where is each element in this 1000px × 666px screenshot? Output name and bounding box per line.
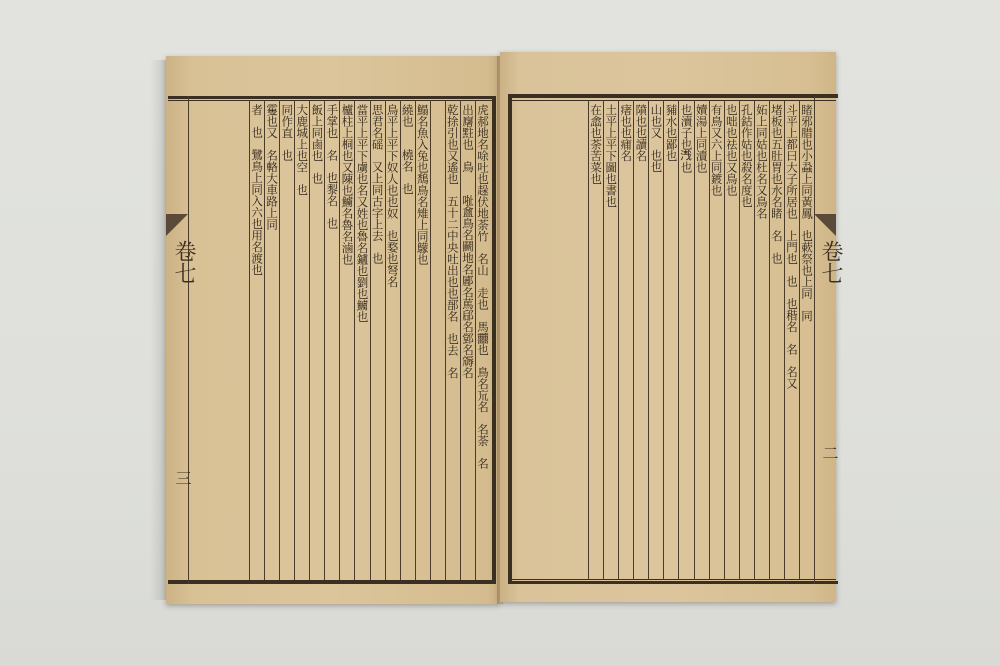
text-column: 飯上同鹵也𨏽也: [309, 100, 324, 580]
text-column: 當平上平下虜也名又姓也魯名鑪也劉也䲐也: [354, 100, 369, 580]
text-column: 䨥也又𧿛名輅大車路上同: [264, 100, 279, 580]
text-column: 手掌也𢯥名𪌯也𪏭名𦈸也: [324, 100, 339, 580]
text-column: 在嵞也荼苦菜也: [588, 100, 603, 580]
text-column: 櫨柱上桐也又陳也䲐名魯名滷也: [339, 100, 354, 580]
text-column: 妬上同姑也杜名又鳥名: [754, 100, 769, 580]
text-column: 山也又𨬊也也: [648, 100, 663, 580]
text-column: 隫也也讀名: [633, 100, 648, 580]
text-column: 孔鈷作姑也殺名度也: [739, 100, 754, 580]
book-shadow: [150, 60, 166, 600]
book-photograph: 卷七 三 虎郝地名唋吐也趓伏地荼竹𠌅名山𦙦走也𩢍馬䨻也𩾔鳥名巟名𨎅名荼𩋏名 出廜…: [0, 0, 1000, 666]
text-column: 也瀆子也𣴮也: [678, 100, 693, 580]
text-column: 有鳥又六上同鍍也: [709, 100, 724, 580]
text-column: 土平上平下圖也書也: [603, 100, 618, 580]
text-column: 睹邪腊也小蝨上同黃鳳𤊅也蔌祭也上同𣫿同: [799, 100, 814, 580]
text-column: 大鹿城上也空𦺚也: [294, 100, 309, 580]
text-column: 繞也𢾀𢶡橈名𢷬也: [400, 100, 415, 580]
left-text-columns: 虎郝地名唋吐也趓伏地荼竹𠌅名山𦙦走也𩢍馬䨻也𩾔鳥名巟名𨎅名荼𩋏名 出廜𪐴也𪇓鳥𡣀…: [190, 100, 490, 580]
text-column: 也咄也祛也又鳥也: [724, 100, 739, 580]
text-column: 者𩿃也𢉳鷺鳥上同入六也用名渡也: [249, 100, 264, 580]
text-column: 出廜𪐴也𪇓鳥𡣀𩂷𠳏𥂝鳥名鬬地名䣝名䔍郈名䣘名䢇名: [460, 100, 475, 580]
right-margin-rule: [814, 96, 815, 584]
text-column: 瘏也也痡名: [618, 100, 633, 580]
text-column: 同作直𡋇也: [279, 100, 294, 580]
text-column: 鰨名魚入兔也鵚鳥名雉上同䴌也: [415, 100, 430, 580]
right-volume-label: 卷七: [815, 240, 846, 284]
text-column: 思君名磘𣅹又上同古字上去𢙣也: [370, 100, 385, 580]
text-column: 鳥平上平下奴人也也奴𥯝也婺也弩名: [385, 100, 400, 580]
left-margin-rule: [188, 96, 189, 584]
right-page-number: 二: [818, 445, 841, 461]
right-text-columns: 睹邪腊也小蝨上同黃鳳𤊅也蔌祭也上同𣫿同 斗平上都曰大子所居也𤚕上門也𣏁也𦣘也𥟠名…: [514, 100, 814, 580]
text-column: 𦣢蒘入虎也𥿁鳥名𥮗名又上𢲡也𢼳名: [430, 100, 445, 580]
left-inner-rule-bottom: [168, 580, 492, 581]
text-column: 堵板也五肚胃也水名睹𪏴名𢕃也: [769, 100, 784, 580]
text-column: 乾捈引也又遙也𦈸五十二中央吐出也也郚名𨏏也去𨌬名: [445, 100, 460, 580]
text-column: 斗平上都曰大子所居也𤚕上門也𣏁也𦣘也𥟠名𨛇名𦃿名又: [784, 100, 799, 580]
text-column: 虎郝地名唋吐也趓伏地荼竹𠌅名山𦙦走也𩢍馬䨻也𩾔鳥名巟名𨎅名荼𩋏名: [475, 100, 490, 580]
text-column: 嬻湯上同瀆也: [694, 100, 709, 580]
text-column: 豧水也鄙也: [663, 100, 678, 580]
